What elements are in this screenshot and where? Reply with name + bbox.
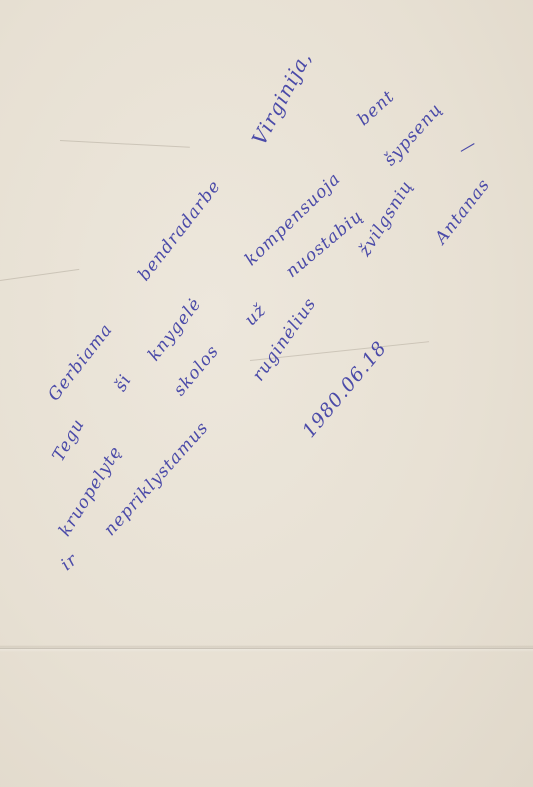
handwritten-word: nepriklystamus	[100, 418, 213, 540]
handwritten-word: kompensuoja	[241, 169, 345, 270]
handwritten-word: bendradarbe	[134, 176, 225, 285]
handwritten-word: bent	[354, 87, 399, 130]
paper-page: Gerbiama bendradarbe Virginija, Tegu ši …	[0, 0, 533, 787]
crease-line	[0, 648, 533, 649]
handwritten-word: ši	[111, 371, 136, 395]
handwritten-word: už	[241, 300, 271, 330]
crease-line	[60, 140, 190, 148]
handwritten-word: ir	[57, 550, 82, 575]
handwritten-word: Tegu	[49, 415, 89, 465]
crease-line	[0, 269, 79, 281]
signature: Antanas	[431, 175, 494, 248]
handwritten-word: Gerbiama	[44, 320, 117, 405]
handwritten-word: skolos	[170, 341, 224, 400]
handwritten-word: —	[455, 134, 481, 160]
handwritten-word: šypsenų	[380, 99, 446, 170]
handwritten-word: Virginija,	[247, 47, 317, 149]
